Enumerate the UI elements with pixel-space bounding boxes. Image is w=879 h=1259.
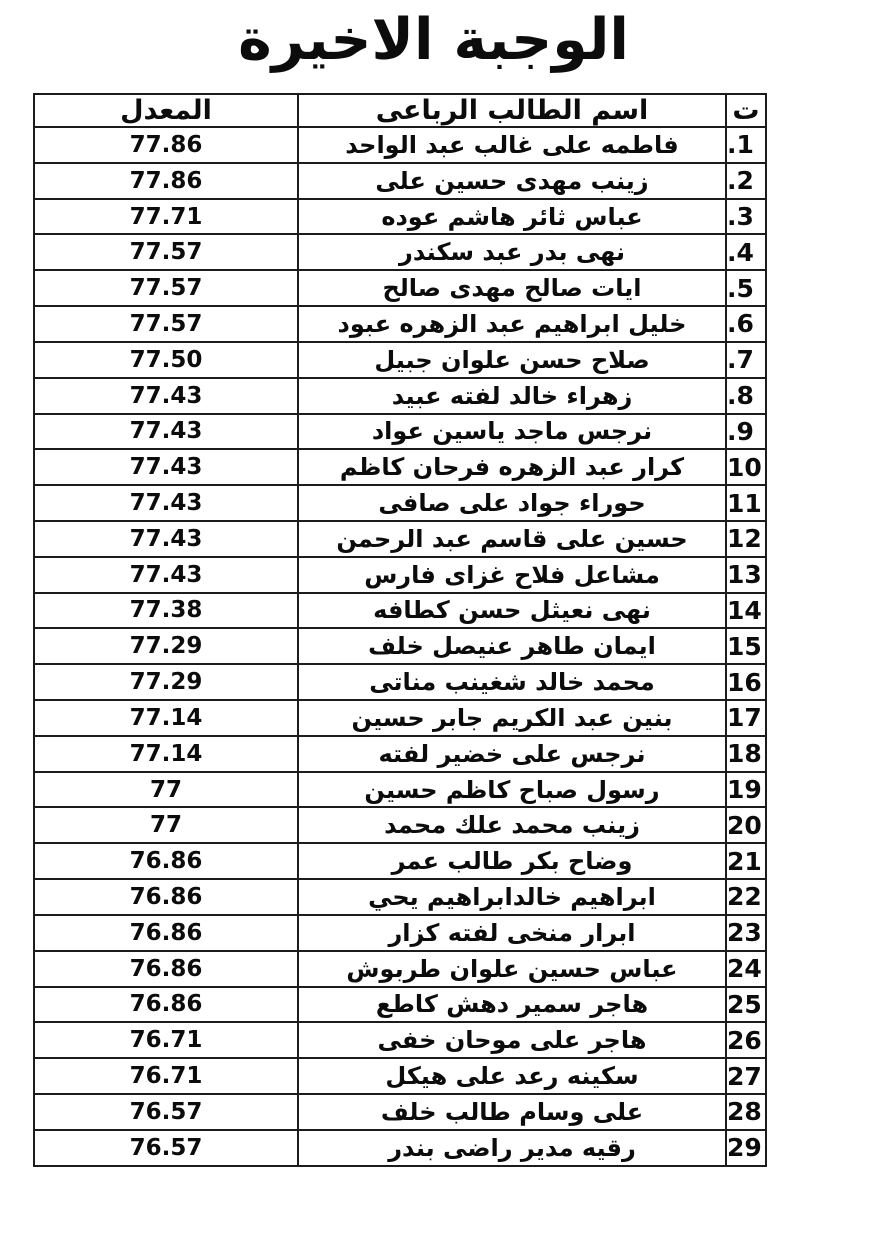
- row-name-cell: هاجر على موحان خفى: [298, 1022, 726, 1058]
- row-average-cell: 77: [34, 772, 298, 808]
- table-row: 27 سكينه رعد على هيكل 76.71: [34, 1058, 766, 1094]
- row-name-cell: صلاح حسن علوان جبيل: [298, 342, 726, 378]
- table-row: 17 بنين عبد الكريم جابر حسين 77.14: [34, 700, 766, 736]
- row-name-cell: فاطمه على غالب عبد الواحد: [298, 127, 726, 163]
- table-row: .1 فاطمه على غالب عبد الواحد 77.86: [34, 127, 766, 163]
- row-name-cell: كرار عبد الزهره فرحان كاظم: [298, 449, 726, 485]
- results-table-header: ت اسم الطالب الرباعى المعدل: [34, 94, 766, 127]
- results-table: ت اسم الطالب الرباعى المعدل .1 فاطمه على…: [33, 93, 767, 1167]
- table-row: .3 عباس ثائر هاشم عوده 77.71: [34, 199, 766, 235]
- row-name-cell: زينب مهدى حسين على: [298, 163, 726, 199]
- row-index-cell: .1: [726, 127, 766, 163]
- table-row: 11 حوراء جواد على صافى 77.43: [34, 485, 766, 521]
- row-average-cell: 77.71: [34, 199, 298, 235]
- table-row: 20 زينب محمد علك محمد 77: [34, 807, 766, 843]
- row-average-cell: 77.57: [34, 270, 298, 306]
- row-average-cell: 77.86: [34, 127, 298, 163]
- row-average-cell: 76.57: [34, 1130, 298, 1166]
- row-name-cell: ابراهيم خالدابراهيم يحي: [298, 879, 726, 915]
- table-row: 19 رسول صباح كاظم حسين 77: [34, 772, 766, 808]
- table-row: .8 زهراء خالد لفته عبيد 77.43: [34, 378, 766, 414]
- row-name-cell: رقيه مدير راضى بندر: [298, 1130, 726, 1166]
- row-name-cell: نهى نعيثل حسن كطافه: [298, 593, 726, 629]
- table-row: .9 نرجس ماجد ياسين عواد 77.43: [34, 414, 766, 450]
- row-index-cell: 15: [726, 628, 766, 664]
- row-average-cell: 77.43: [34, 521, 298, 557]
- document-page: الوجبة الاخيرة ت اسم الطالب الرباعى المع…: [0, 0, 879, 1259]
- table-row: 12 حسين على قاسم عبد الرحمن 77.43: [34, 521, 766, 557]
- row-name-cell: على وسام طالب خلف: [298, 1094, 726, 1130]
- row-name-cell: نرجس ماجد ياسين عواد: [298, 414, 726, 450]
- row-index-cell: 28: [726, 1094, 766, 1130]
- row-name-cell: ايات صالح مهدى صالح: [298, 270, 726, 306]
- table-row: .7 صلاح حسن علوان جبيل 77.50: [34, 342, 766, 378]
- row-name-cell: مشاعل فلاح غزاى فارس: [298, 557, 726, 593]
- row-name-cell: وضاح بكر طالب عمر: [298, 843, 726, 879]
- header-index: ت: [726, 94, 766, 127]
- row-name-cell: زينب محمد علك محمد: [298, 807, 726, 843]
- table-row: 15 ايمان طاهر عنيصل خلف 77.29: [34, 628, 766, 664]
- table-row: 22 ابراهيم خالدابراهيم يحي 76.86: [34, 879, 766, 915]
- row-name-cell: ايمان طاهر عنيصل خلف: [298, 628, 726, 664]
- row-average-cell: 77.43: [34, 378, 298, 414]
- table-row: .2 زينب مهدى حسين على 77.86: [34, 163, 766, 199]
- row-average-cell: 77.29: [34, 628, 298, 664]
- row-average-cell: 77.43: [34, 485, 298, 521]
- header-average: المعدل: [34, 94, 298, 127]
- table-row: 14 نهى نعيثل حسن كطافه 77.38: [34, 593, 766, 629]
- row-name-cell: حوراء جواد على صافى: [298, 485, 726, 521]
- row-name-cell: حسين على قاسم عبد الرحمن: [298, 521, 726, 557]
- header-student-name: اسم الطالب الرباعى: [298, 94, 726, 127]
- row-average-cell: 76.71: [34, 1058, 298, 1094]
- row-average-cell: 77.86: [34, 163, 298, 199]
- header-row: ت اسم الطالب الرباعى المعدل: [34, 94, 766, 127]
- row-index-cell: .5: [726, 270, 766, 306]
- table-row: 21 وضاح بكر طالب عمر 76.86: [34, 843, 766, 879]
- row-index-cell: 20: [726, 807, 766, 843]
- row-index-cell: 19: [726, 772, 766, 808]
- row-index-cell: 22: [726, 879, 766, 915]
- row-average-cell: 77.43: [34, 557, 298, 593]
- table-row: 23 ابرار منخى لفته كزار 76.86: [34, 915, 766, 951]
- row-index-cell: 13: [726, 557, 766, 593]
- row-average-cell: 77.14: [34, 700, 298, 736]
- row-index-cell: 11: [726, 485, 766, 521]
- table-row: 10 كرار عبد الزهره فرحان كاظم 77.43: [34, 449, 766, 485]
- row-average-cell: 77.50: [34, 342, 298, 378]
- row-name-cell: ابرار منخى لفته كزار: [298, 915, 726, 951]
- row-index-cell: .7: [726, 342, 766, 378]
- row-index-cell: .4: [726, 234, 766, 270]
- row-index-cell: .3: [726, 199, 766, 235]
- row-name-cell: هاجر سمير دهش كاطع: [298, 987, 726, 1023]
- row-index-cell: 14: [726, 593, 766, 629]
- row-average-cell: 77.57: [34, 234, 298, 270]
- table-row: .6 خليل ابراهيم عبد الزهره عبود 77.57: [34, 306, 766, 342]
- row-name-cell: رسول صباح كاظم حسين: [298, 772, 726, 808]
- row-average-cell: 77.29: [34, 664, 298, 700]
- row-index-cell: 18: [726, 736, 766, 772]
- row-name-cell: خليل ابراهيم عبد الزهره عبود: [298, 306, 726, 342]
- row-index-cell: .6: [726, 306, 766, 342]
- row-average-cell: 77.43: [34, 449, 298, 485]
- row-index-cell: 16: [726, 664, 766, 700]
- results-table-body: .1 فاطمه على غالب عبد الواحد 77.86 .2 زي…: [34, 127, 766, 1166]
- row-average-cell: 77.14: [34, 736, 298, 772]
- table-row: .4 نهى بدر عبد سكندر 77.57: [34, 234, 766, 270]
- page-title: الوجبة الاخيرة: [0, 0, 867, 84]
- row-average-cell: 76.86: [34, 915, 298, 951]
- row-average-cell: 76.86: [34, 879, 298, 915]
- row-index-cell: 10: [726, 449, 766, 485]
- row-average-cell: 76.57: [34, 1094, 298, 1130]
- table-row: 18 نرجس على خضير لفته 77.14: [34, 736, 766, 772]
- row-index-cell: 12: [726, 521, 766, 557]
- row-index-cell: .2: [726, 163, 766, 199]
- row-average-cell: 77.38: [34, 593, 298, 629]
- row-average-cell: 77: [34, 807, 298, 843]
- row-index-cell: 17: [726, 700, 766, 736]
- row-name-cell: بنين عبد الكريم جابر حسين: [298, 700, 726, 736]
- row-index-cell: .9: [726, 414, 766, 450]
- row-index-cell: 23: [726, 915, 766, 951]
- row-name-cell: عباس ثائر هاشم عوده: [298, 199, 726, 235]
- table-row: 24 عباس حسين علوان طربوش 76.86: [34, 951, 766, 987]
- row-average-cell: 77.57: [34, 306, 298, 342]
- row-average-cell: 77.43: [34, 414, 298, 450]
- row-index-cell: 25: [726, 987, 766, 1023]
- row-average-cell: 76.71: [34, 1022, 298, 1058]
- row-name-cell: سكينه رعد على هيكل: [298, 1058, 726, 1094]
- table-row: 13 مشاعل فلاح غزاى فارس 77.43: [34, 557, 766, 593]
- row-index-cell: 24: [726, 951, 766, 987]
- row-name-cell: نرجس على خضير لفته: [298, 736, 726, 772]
- table-row: 28 على وسام طالب خلف 76.57: [34, 1094, 766, 1130]
- table-row: 26 هاجر على موحان خفى 76.71: [34, 1022, 766, 1058]
- table-row: .5 ايات صالح مهدى صالح 77.57: [34, 270, 766, 306]
- table-row: 16 محمد خالد شغينب مناتى 77.29: [34, 664, 766, 700]
- row-name-cell: محمد خالد شغينب مناتى: [298, 664, 726, 700]
- row-name-cell: نهى بدر عبد سكندر: [298, 234, 726, 270]
- row-index-cell: 21: [726, 843, 766, 879]
- results-table-container: ت اسم الطالب الرباعى المعدل .1 فاطمه على…: [33, 93, 767, 1167]
- row-index-cell: 29: [726, 1130, 766, 1166]
- row-name-cell: زهراء خالد لفته عبيد: [298, 378, 726, 414]
- table-row: 25 هاجر سمير دهش كاطع 76.86: [34, 987, 766, 1023]
- row-average-cell: 76.86: [34, 987, 298, 1023]
- row-average-cell: 76.86: [34, 843, 298, 879]
- table-row: 29 رقيه مدير راضى بندر 76.57: [34, 1130, 766, 1166]
- row-name-cell: عباس حسين علوان طربوش: [298, 951, 726, 987]
- row-index-cell: 26: [726, 1022, 766, 1058]
- row-index-cell: 27: [726, 1058, 766, 1094]
- row-average-cell: 76.86: [34, 951, 298, 987]
- row-index-cell: .8: [726, 378, 766, 414]
